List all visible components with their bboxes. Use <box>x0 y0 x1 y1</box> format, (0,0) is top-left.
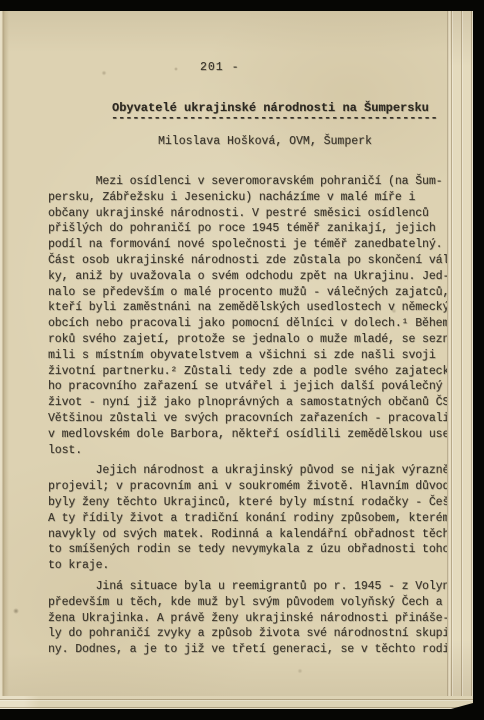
paragraph: Jiná situace byla u reemigrantů po r. 19… <box>48 579 468 658</box>
text-line: nalo se především o malé procento mužů -… <box>48 285 468 301</box>
text-line: Většinou zůstali ve svých pracovních zař… <box>48 411 468 427</box>
text-line: především u těch, kde muž byl svým původ… <box>48 595 468 611</box>
text-line: přišlých do pohraničí po roce 1945 téměř… <box>48 221 468 237</box>
text-line: ny. Dodnes, a je to již ve třetí generac… <box>48 642 468 658</box>
text-line: žena Ukrajinka. A právě ženy ukrajinské … <box>48 611 468 627</box>
text-line: to kraje. <box>48 558 468 574</box>
title-underline: ----------------------------------------… <box>111 113 438 123</box>
text-line: navykly od svých matek. Rodinná a kalend… <box>48 527 468 543</box>
paragraph: Mezi osídlenci v severomoravském pohrani… <box>48 174 468 458</box>
text-line: životní partnerku.² Zůstali tedy zde a p… <box>48 364 468 380</box>
text-line: ly do pohraničí zvyky a způsob života sv… <box>48 626 468 642</box>
scanned-book-page: 201 - Obyvatelé ukrajinské národnosti na… <box>0 0 484 720</box>
text-line: to smíšených rodin se tedy nevymykala z … <box>48 542 468 558</box>
text-line: podíl na formování nové společnosti je t… <box>48 237 468 253</box>
scan-border-bottom <box>0 709 484 720</box>
text-line: Mezi osídlenci v severomoravském pohrani… <box>48 174 468 190</box>
author-byline: Miloslava Hošková, OVM, Šumperk <box>158 135 372 148</box>
text-line: ky, aniž by uvažovala o svém odchodu zpě… <box>48 269 468 285</box>
scan-border-right <box>473 0 484 720</box>
scan-border-top <box>0 0 484 11</box>
paragraph: Jejich národnost a ukrajinský původ se n… <box>48 463 468 574</box>
text-line: persku, Zábřežsku i Jesenicku) nacházíme… <box>48 190 468 206</box>
text-line: Část osob ukrajinské národnosti zde zůst… <box>48 253 468 269</box>
text-line: obcích nebo pracovali jako pomocní dělní… <box>48 316 468 332</box>
text-line: život - nyní již jako plnoprávných a sam… <box>48 395 468 411</box>
text-line: projevil; v pracovním ani v soukromém ži… <box>48 479 468 495</box>
book-page-edges-right <box>447 11 473 709</box>
text-line: Jiná situace byla u reemigrantů po r. 19… <box>48 579 468 595</box>
page-number: 201 - <box>200 61 240 74</box>
text-line: občany ukrajinské národnosti. V pestré s… <box>48 206 468 222</box>
text-line: kteří byli zaměstnáni na zemědělských us… <box>48 300 468 316</box>
text-line: A ty řídily život a tradiční konání rodi… <box>48 511 468 527</box>
text-line: mili s místním obyvatelstvem a všichni s… <box>48 348 468 364</box>
text-line: byly ženy těchto Ukrajinců, které byly m… <box>48 495 468 511</box>
text-line: v medlovském dole Barbora, někteří osídl… <box>48 427 468 443</box>
text-line: ho pracovního zařazení se utvářel i jeji… <box>48 379 468 395</box>
article-body: Mezi osídlenci v severomoravském pohrani… <box>48 174 468 658</box>
text-line: roků svého zajetí, protože se jednalo o … <box>48 332 468 348</box>
book-page-edges-bottom <box>0 696 473 709</box>
paper-page: 201 - Obyvatelé ukrajinské národnosti na… <box>0 11 449 709</box>
text-line: Jejich národnost a ukrajinský původ se n… <box>48 463 468 479</box>
text-line: lost. <box>48 443 468 459</box>
